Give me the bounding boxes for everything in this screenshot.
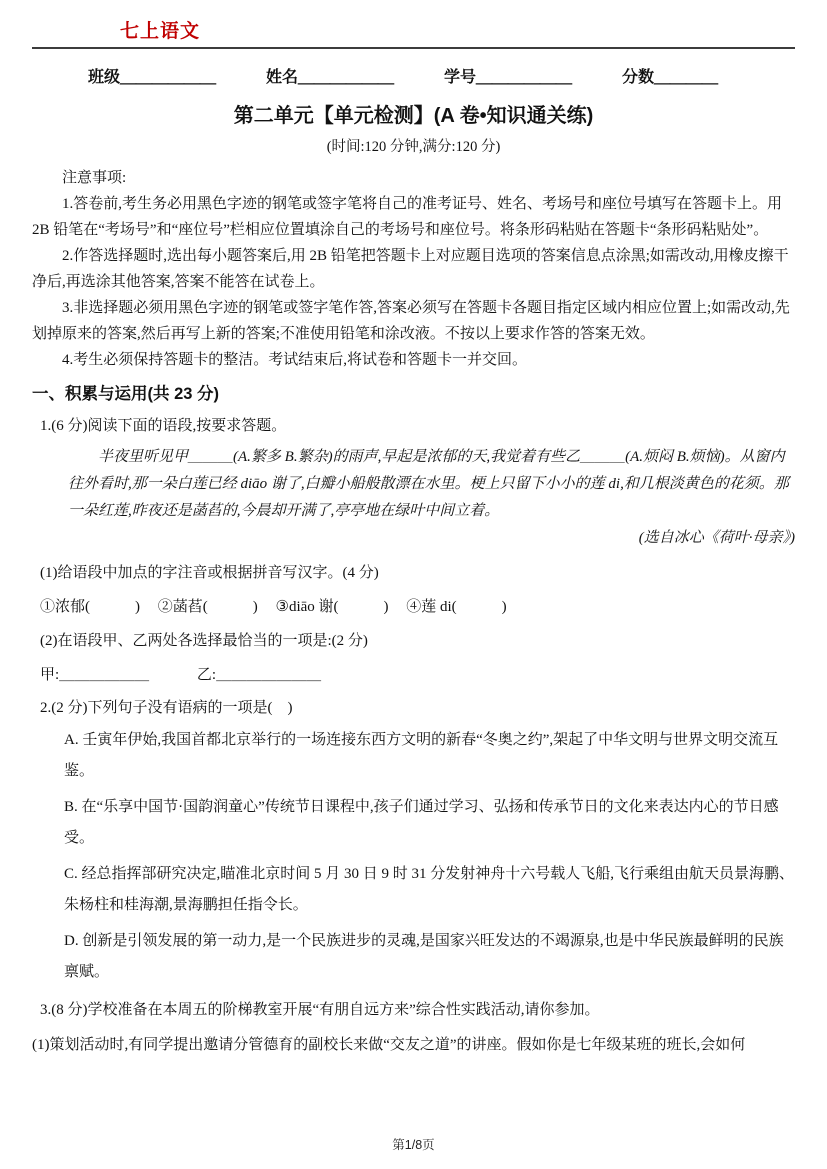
question-1-pinyin-row: ①浓郁( ) ②菡萏( ) ③diāo 谢( ) ④莲 di( ) (40, 594, 795, 620)
option-b-label: B. (64, 799, 78, 815)
paper-title: 第二单元【单元检测】(A 卷•知识通关练) (32, 103, 795, 129)
name-label: 姓名 (266, 69, 298, 86)
question-1-passage: 半夜里听见甲＿＿＿(A.繁多 B.繁杂)的雨声,早起是浓郁的天,我觉着有些乙＿＿… (68, 444, 795, 525)
paper-subtitle: (时间:120 分钟,满分:120 分) (32, 137, 795, 157)
section-one-heading: 一、积累与运用(共 23 分) (32, 382, 795, 406)
question-1-stem: 1.(6 分)阅读下面的语段,按要求答题。 (40, 413, 795, 439)
question-1: 1.(6 分)阅读下面的语段,按要求答题。 半夜里听见甲＿＿＿(A.繁多 B.繁… (40, 413, 795, 688)
pinyin-item-2: ②菡萏( ) (158, 599, 258, 615)
question-2-stem: 2.(2 分)下列句子没有语病的一项是( ) (40, 695, 795, 721)
pinyin-item-4: ④莲 di( ) (406, 599, 506, 615)
header-divider (32, 47, 795, 49)
class-blank: ＿＿＿＿＿＿ (120, 69, 216, 86)
question-3-sub-1: (1)策划活动时,有同学提出邀请分管德育的副校长来做“交友之道”的讲座。假如你是… (32, 1030, 795, 1060)
notice-item-1: 1.答卷前,考生务必用黑色字迹的钢笔或签字笔将自己的准考证号、姓名、考场号和座位… (32, 191, 795, 243)
notice-heading: 注意事项: (32, 165, 795, 191)
score-label: 分数 (622, 69, 654, 86)
answer-blank-yi: 乙:＿＿＿＿＿＿＿ (197, 667, 321, 683)
question-1-passage-source: (选自冰心《荷叶·母亲》) (40, 525, 795, 552)
student-id-field: 学号＿＿＿＿＿＿ (444, 64, 572, 87)
brand-logo: 七上语文 (120, 20, 795, 44)
exam-paper-page: 七上语文 班级＿＿＿＿＿＿ 姓名＿＿＿＿＿＿ 学号＿＿＿＿＿＿ 分数＿＿＿＿ 第… (0, 0, 827, 1169)
name-blank: ＿＿＿＿＿＿ (298, 69, 394, 86)
pinyin-item-1: ①浓郁( ) (40, 599, 140, 615)
option-d: D. 创新是引领发展的第一动力,是一个民族进步的灵魂,是国家兴旺发达的不竭源泉,… (64, 926, 795, 988)
notice-item-3: 3.非选择题必须用黑色字迹的钢笔或签字笔作答,答案必须写在答题卡各题目指定区域内… (32, 295, 795, 347)
question-3: 3.(8 分)学校准备在本周五的阶梯教室开展“有朋自远方来”综合性实践活动,请你… (40, 995, 795, 1025)
option-c: C. 经总指挥部研究决定,瞄准北京时间 5 月 30 日 9 时 31 分发射神… (64, 859, 795, 921)
option-b: B. 在“乐享中国节·国韵润童心”传统节日课程中,孩子们通过学习、弘扬和传承节日… (64, 792, 795, 854)
notice-item-4: 4.考生必须保持答题卡的整洁。考试结束后,将试卷和答题卡一并交回。 (32, 347, 795, 373)
student-id-label: 学号 (444, 69, 476, 86)
pinyin-item-3: ③diāo 谢( ) (276, 599, 389, 615)
student-info-row: 班级＿＿＿＿＿＿ 姓名＿＿＿＿＿＿ 学号＿＿＿＿＿＿ 分数＿＿＿＿ (88, 64, 718, 87)
question-1-sub-2: (2)在语段甲、乙两处各选择最恰当的一项是:(2 分) (40, 628, 795, 654)
name-field: 姓名＿＿＿＿＿＿ (266, 64, 394, 87)
student-id-blank: ＿＿＿＿＿＿ (476, 69, 572, 86)
question-2: 2.(2 分)下列句子没有语病的一项是( ) A. 壬寅年伊始,我国首都北京举行… (40, 695, 795, 988)
question-1-sub-1: (1)给语段中加点的字注音或根据拼音写汉字。(4 分) (40, 560, 795, 586)
option-d-label: D. (64, 933, 79, 949)
notice-item-2: 2.作答选择题时,选出每小题答案后,用 2B 铅笔把答题卡上对应题目选项的答案信… (32, 243, 795, 295)
option-b-text: 在“乐享中国节·国韵润童心”传统节日课程中,孩子们通过学习、弘扬和传承节日的文化… (64, 799, 779, 846)
notice-section: 注意事项: 1.答卷前,考生务必用黑色字迹的钢笔或签字笔将自己的准考证号、姓名、… (32, 165, 795, 373)
option-c-text: 经总指挥部研究决定,瞄准北京时间 5 月 30 日 9 时 31 分发射神舟十六… (64, 866, 794, 913)
class-label: 班级 (88, 69, 120, 86)
class-field: 班级＿＿＿＿＿＿ (88, 64, 216, 87)
option-c-label: C. (64, 866, 78, 882)
question-3-stem: 3.(8 分)学校准备在本周五的阶梯教室开展“有朋自远方来”综合性实践活动,请你… (40, 995, 795, 1025)
option-a-label: A. (64, 732, 79, 748)
option-a-text: 壬寅年伊始,我国首都北京举行的一场连接东西方文明的新春“冬奥之约”,架起了中华文… (64, 732, 778, 779)
question-1-answer-blanks: 甲:＿＿＿＿＿＿ 乙:＿＿＿＿＿＿＿ (40, 662, 795, 688)
page-number: 第1/8页 (0, 1135, 827, 1153)
page-content: 七上语文 班级＿＿＿＿＿＿ 姓名＿＿＿＿＿＿ 学号＿＿＿＿＿＿ 分数＿＿＿＿ 第… (0, 0, 827, 1060)
score-blank: ＿＿＿＿ (654, 69, 718, 86)
score-field: 分数＿＿＿＿ (622, 64, 718, 87)
answer-blank-jia: 甲:＿＿＿＿＿＿ (40, 667, 149, 683)
question-2-options: A. 壬寅年伊始,我国首都北京举行的一场连接东西方文明的新春“冬奥之约”,架起了… (64, 725, 795, 988)
option-d-text: 创新是引领发展的第一动力,是一个民族进步的灵魂,是国家兴旺发达的不竭源泉,也是中… (64, 933, 784, 980)
option-a: A. 壬寅年伊始,我国首都北京举行的一场连接东西方文明的新春“冬奥之约”,架起了… (64, 725, 795, 787)
